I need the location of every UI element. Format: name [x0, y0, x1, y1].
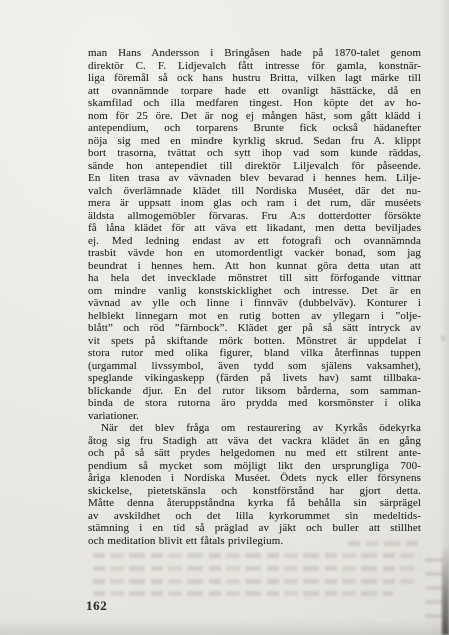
text-line: och på så sätt prydes helgedomen nu med …: [88, 447, 421, 460]
page-corner-shadow: [442, 545, 449, 635]
text-line: beundrat i hennes hem. Att hon kunnat gö…: [88, 260, 421, 273]
text-line: trasbit vävde hon en utomordentligt vack…: [88, 247, 421, 260]
text-line: blickande djur. En del rutor liksom bård…: [88, 385, 421, 398]
text-line: valch överlämnade klädet till Nordiska M…: [88, 185, 421, 198]
text-line: pendium så mycket som möjligt likt den u…: [88, 460, 421, 473]
page-right-shadow: [440, 0, 449, 635]
text-line: stämning i en tid så präglad av jäkt och…: [88, 522, 421, 535]
bleedthrough-line: [93, 579, 418, 584]
text-line: att ovannämnde torpare hade ett ovanligt…: [88, 85, 421, 98]
text-line: åtog sig fru Stadigh att väva det vackra…: [88, 435, 421, 448]
text-line: åriga klenoden i Nordiska Muséet. Ödets …: [88, 472, 421, 485]
text-line: sände hon antependiet till direktör Lilj…: [88, 160, 421, 173]
text-line: ej. Med ledning endast av ett fotografi …: [88, 235, 421, 248]
text-line: av avskildhet och det lilla kyrkorummet …: [88, 510, 421, 523]
bleedthrough-line: [93, 566, 420, 571]
text-line: skickelse, pietetskänsla och konstförstå…: [88, 485, 421, 498]
text-line: Måtte denna återuppståndna kyrka få behå…: [88, 497, 421, 510]
text-line: vit spets på skiftande mörk botten. Möns…: [88, 335, 421, 348]
page-bottom-shadow: [0, 619, 449, 635]
text-line: man Hans Andersson i Bringåsen hade på 1…: [88, 47, 421, 60]
text-line: blått” och röd ”färnbock”. Klädet ger på…: [88, 322, 421, 335]
bleedthrough-line: [93, 591, 393, 596]
text-line: få låna klädet för att väva ett likadant…: [88, 222, 421, 235]
text-line: äldsta allmogemöbler förvaras. Fru A:s d…: [88, 210, 421, 223]
text-line: När det blev fråga om restaurering av Ky…: [88, 422, 421, 435]
text-line: ha hela det invecklade mönstret till sit…: [88, 272, 421, 285]
paragraph: När det blev fråga om restaurering av Ky…: [88, 422, 421, 547]
text-line: bort trasorna, tvättat och sytt ihop vad…: [88, 147, 421, 160]
bleedthrough-line: [348, 541, 420, 546]
text-line: variationer.: [88, 410, 421, 423]
text-line: binda de stora rutorna äro prydda med ko…: [88, 397, 421, 410]
text-line: (urgammal livssymbol, även tydd som själ…: [88, 360, 421, 373]
text-line: nom för 25 öre. Det är nog ej mången häs…: [88, 110, 421, 123]
text-line: En liten trasa av vävnaden blev bevarad …: [88, 172, 421, 185]
text-line: antependium, och torparens Brunte fick o…: [88, 122, 421, 135]
text-line: mera är uppsatt inom glas och ram i det …: [88, 197, 421, 210]
text-line: stora rutor med olika figurer, bland vil…: [88, 347, 421, 360]
bleedthrough-line: [93, 553, 420, 558]
text-line: skamfilad och illa medfaren tingest. Hon…: [88, 97, 421, 110]
text-line: speglande vikingaskepp (färden på livets…: [88, 372, 421, 385]
page-number: 162: [86, 598, 107, 614]
scanned-book-page: man Hans Andersson i Bringåsen hade på 1…: [0, 0, 449, 635]
body-text-block: man Hans Andersson i Bringåsen hade på 1…: [88, 47, 421, 547]
text-line: helblekt linnegarn mot en rutig botten a…: [88, 310, 421, 323]
text-line: direktör C. F. Lidjevalch fått intresse …: [88, 60, 421, 73]
text-line: om mindre vanlig konstskicklighet och in…: [88, 285, 421, 298]
paragraph: man Hans Andersson i Bringåsen hade på 1…: [88, 47, 421, 422]
text-line: vävnad av ylle och linne i finnväv (dubb…: [88, 297, 421, 310]
text-line: nöja sig med en mindre kyrklig skrud. Se…: [88, 135, 421, 148]
text-line: liga föremål så ock hans hustru Britta, …: [88, 72, 421, 85]
